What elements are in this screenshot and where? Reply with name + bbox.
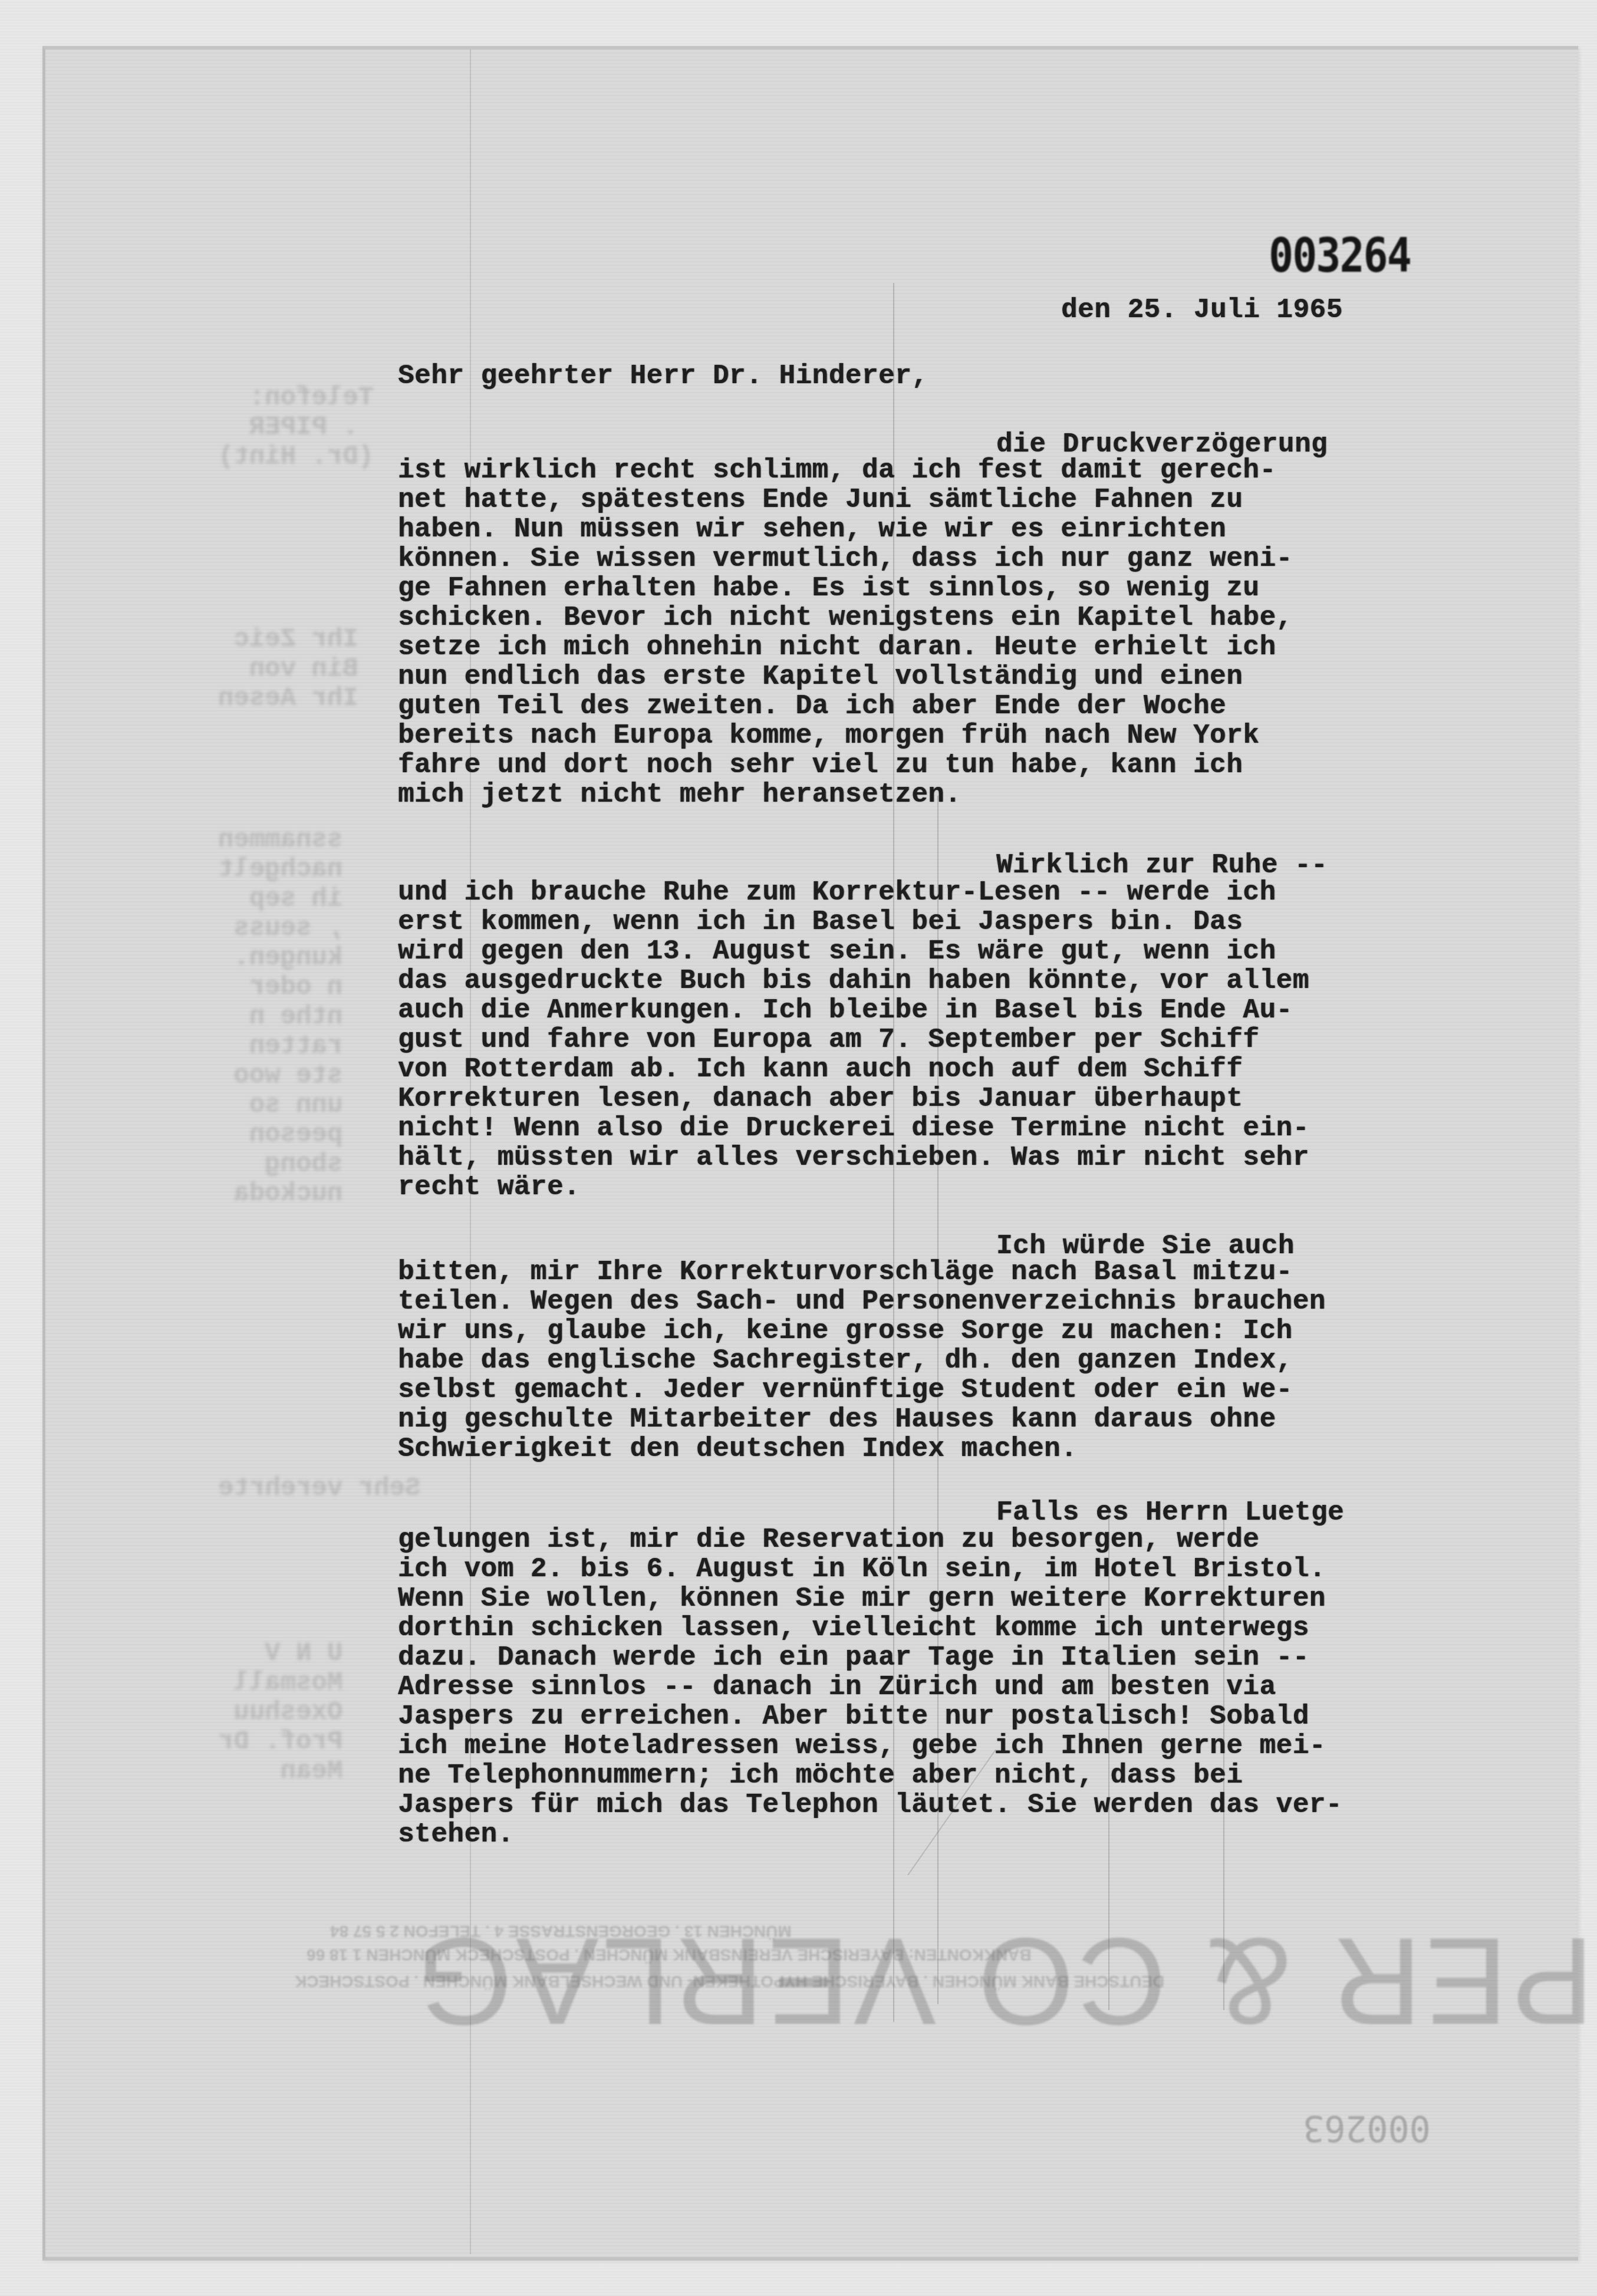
body-line: nig geschulte Mitarbeiter des Hauses kan… [398, 1404, 1276, 1435]
show-through-archive-number: 000263 [1303, 2107, 1431, 2149]
body-line: bitten, mir Ihre Korrekturvorschläge nac… [398, 1257, 1293, 1287]
show-through-letterhead-logo: R.PIPER & CO VERLAG [413, 1910, 1597, 2053]
show-through-text: Telefon: . PIPER (Dr. Hint) [218, 383, 374, 472]
show-through-text: U N V Mosmall Oxeshuu Prof. Dr Mean [218, 1639, 343, 1786]
body-line: selbst gemacht. Jeder vernünftige Studen… [398, 1375, 1293, 1405]
body-line: Jaspers zu erreichen. Aber bitte nur pos… [398, 1701, 1309, 1732]
paragraph-2-opening: Wirklich zur Ruhe -- [996, 850, 1328, 881]
body-line: Wenn Sie wollen, können Sie mir gern wei… [398, 1583, 1326, 1614]
archive-number: 003264 [1269, 228, 1411, 283]
letter-date: den 25. Juli 1965 [1061, 295, 1343, 325]
body-line: gelungen ist, mir die Reservation zu bes… [398, 1524, 1259, 1555]
body-line: stehen. [398, 1819, 514, 1850]
body-line: ge Fahnen erhalten habe. Es ist sinnlos,… [398, 573, 1259, 604]
body-line: auch die Anmerkungen. Ich bleibe in Base… [398, 995, 1293, 1026]
body-line: gust und fahre von Europa am 7. Septembe… [398, 1025, 1259, 1055]
body-line: nicht! Wenn also die Druckerei diese Ter… [398, 1113, 1309, 1144]
show-through-text: ssnammen nachgelt ih sep , seuss kungen.… [218, 825, 343, 1208]
body-line: habe das englische Sachregister, dh. den… [398, 1345, 1293, 1376]
body-line: mich jetzt nicht mehr heransetzen. [398, 779, 962, 810]
paragraph-4-opening: Falls es Herrn Luetge [996, 1497, 1344, 1528]
body-line: Jaspers für mich das Telephon läutet. Si… [398, 1790, 1342, 1820]
body-line: schicken. Bevor ich nicht wenigstens ein… [398, 602, 1293, 633]
show-through-text: Ihr Zeic Bin von Ihr Aesen [218, 625, 358, 713]
body-line: dorthin schicken lassen, vielleicht komm… [398, 1613, 1309, 1643]
body-line: haben. Nun müssen wir sehen, wie wir es … [398, 514, 1226, 545]
body-line: ich meine Hoteladressen weiss, gebe ich … [398, 1731, 1326, 1761]
salutation: Sehr geehrter Herr Dr. Hinderer, [398, 361, 928, 391]
body-line: erst kommen, wenn ich in Basel bei Jaspe… [398, 907, 1243, 937]
body-line: guten Teil des zweiten. Da ich aber Ende… [398, 691, 1226, 722]
body-line: hält, müssten wir alles verschieben. Was… [398, 1142, 1309, 1173]
body-line: können. Sie wissen vermutlich, dass ich … [398, 543, 1293, 574]
body-line: ne Telephonnummern; ich möchte aber nich… [398, 1760, 1243, 1791]
body-line: teilen. Wegen des Sach- und Personenverz… [398, 1286, 1326, 1317]
body-line: nun endlich das erste Kapitel vollständi… [398, 661, 1243, 692]
body-line: net hatte, spätestens Ende Juni sämtlich… [398, 485, 1243, 515]
body-line: recht wäre. [398, 1172, 580, 1203]
body-line: das ausgedruckte Buch bis dahin haben kö… [398, 966, 1309, 996]
body-line: ist wirklich recht schlimm, da ich fest … [398, 455, 1276, 486]
body-line: wir uns, glaube ich, keine grosse Sorge … [398, 1316, 1293, 1346]
body-line: bereits nach Europa komme, morgen früh n… [398, 720, 1259, 751]
body-line: wird gegen den 13. August sein. Es wäre … [398, 936, 1276, 967]
body-line: Korrekturen lesen, danach aber bis Janua… [398, 1083, 1243, 1114]
body-line: und ich brauche Ruhe zum Korrektur-Lesen… [398, 877, 1276, 908]
body-line: ich vom 2. bis 6. August in Köln sein, i… [398, 1554, 1326, 1585]
body-line: Adresse sinnlos -- danach in Zürich und … [398, 1672, 1276, 1702]
body-line: fahre und dort noch sehr viel zu tun hab… [398, 750, 1243, 780]
body-line: Schwierigkeit den deutschen Index machen… [398, 1434, 1077, 1464]
show-through-text: Sehr verehrte [218, 1474, 420, 1503]
body-line: dazu. Danach werde ich ein paar Tage in … [398, 1642, 1309, 1673]
body-line: setze ich mich ohnehin nicht daran. Heut… [398, 632, 1276, 663]
body-line: von Rotterdam ab. Ich kann auch noch auf… [398, 1054, 1243, 1085]
